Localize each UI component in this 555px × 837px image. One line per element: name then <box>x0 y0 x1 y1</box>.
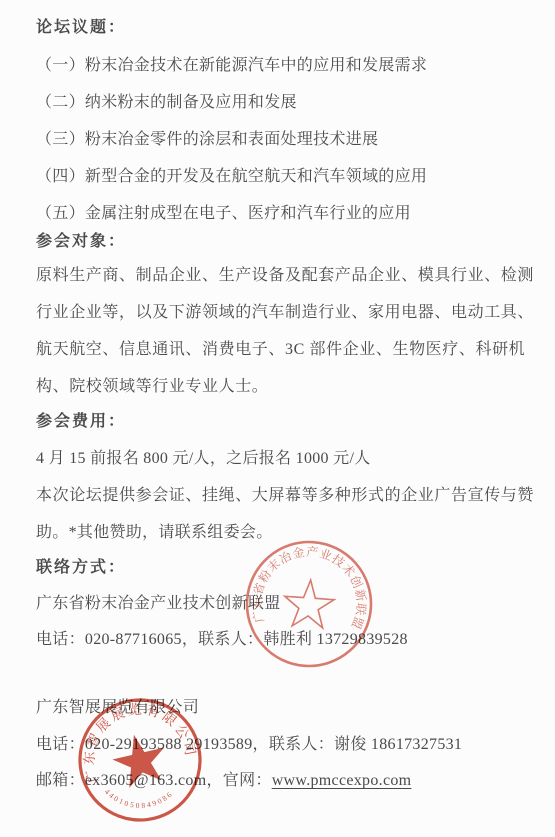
agenda-item-1: （一）粉末冶金技术在新能源汽车中的应用和发展需求 <box>36 55 535 77</box>
alliance-seal-arc-text: 广东省粉末冶金产业技术创新联盟 <box>248 540 373 632</box>
agenda-heading: 论坛议题： <box>36 17 535 39</box>
attendees-line-4: 构、院校领域等行业专业人士。 <box>36 376 535 398</box>
agenda-item-5: （五）金属注射成型在电子、医疗和汽车行业的应用 <box>36 203 535 225</box>
fees-price-line: 4 月 15 前报名 800 元/人，之后报名 1000 元/人 <box>36 448 535 470</box>
org2-email-line: 邮箱：ex3605@163.com，官网：www.pmccexpo.com <box>36 770 535 792</box>
org1-name: 广东省粉末冶金产业技术创新联盟 <box>36 593 535 615</box>
svg-text:广东省粉末冶金产业技术创新联盟: 广东省粉末冶金产业技术创新联盟 <box>248 540 373 632</box>
attendees-line-3: 航天航空、信息通讯、消费电子、3C 部件企业、生物医疗、科研机 <box>36 339 535 361</box>
attendees-heading: 参会对象： <box>36 231 535 253</box>
org2-email-prefix: 邮箱：ex3605@163.com，官网： <box>36 772 272 789</box>
document-page: 论坛议题： （一）粉末冶金技术在新能源汽车中的应用和发展需求 （二）纳米粉末的制… <box>0 0 555 837</box>
agenda-item-4: （四）新型合金的开发及在航空航天和汽车领域的应用 <box>36 166 535 188</box>
org2-website-link: www.pmccexpo.com <box>272 772 412 789</box>
org2-phone-line: 电话：020-29193588 29193589，联系人：谢俊 18617327… <box>36 734 535 756</box>
fees-heading: 参会费用： <box>36 411 535 433</box>
attendees-line-2: 行业企业等，以及下游领域的汽车制造行业、家用电器、电动工具、 <box>36 302 535 324</box>
org1-phone-line: 电话：020-87716065，联系人：韩胜利 13729839528 <box>36 629 535 651</box>
org2-name: 广东智展展览有限公司 <box>36 697 535 719</box>
attendees-line-1: 原料生产商、制品企业、生产设备及配套产品企业、模具行业、检测 <box>36 265 535 287</box>
contact-heading: 联络方式： <box>36 557 535 579</box>
agenda-item-3: （三）粉末冶金零件的涂层和表面处理技术进展 <box>36 129 535 151</box>
agenda-item-2: （二）纳米粉末的制备及应用和发展 <box>36 92 535 114</box>
fees-sponsor-line-2: 助。*其他赞助，请联系组委会。 <box>36 522 535 544</box>
fees-sponsor-line-1: 本次论坛提供参会证、挂绳、大屏幕等多种形式的企业广告宣传与赞 <box>36 485 535 507</box>
